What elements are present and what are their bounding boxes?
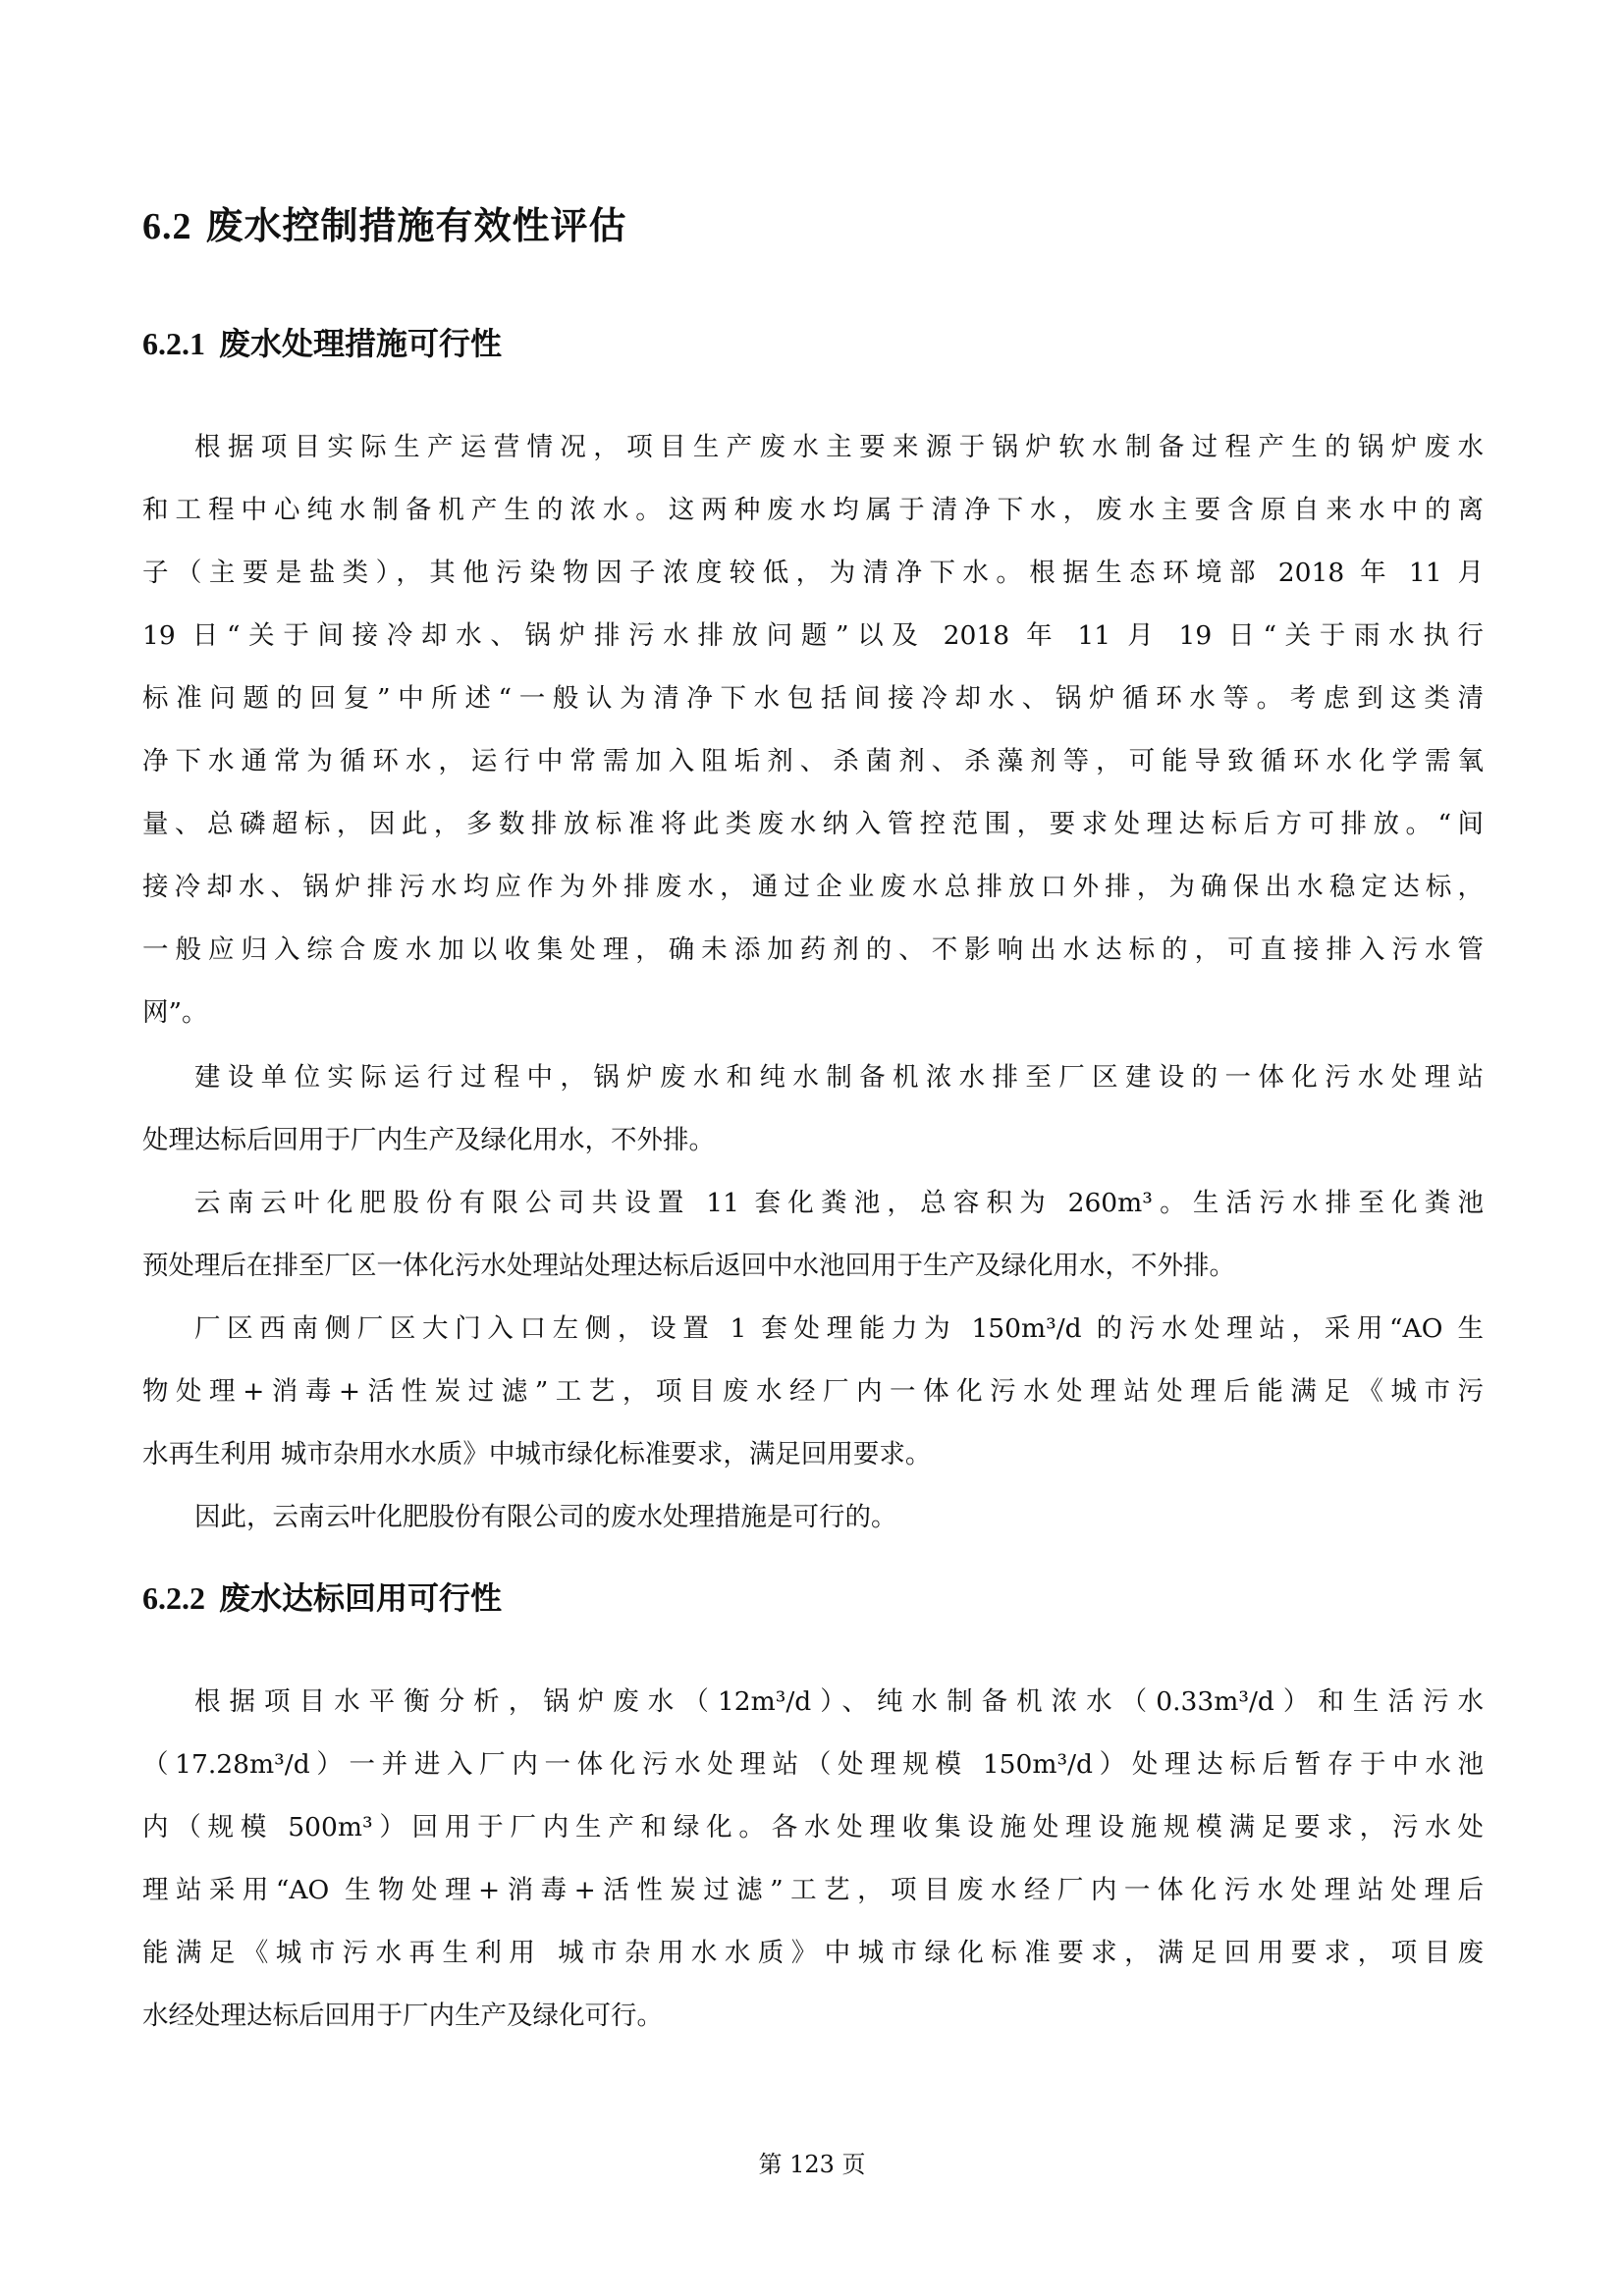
subsection-number: 6.2.1 [142,326,205,361]
section-title: 废水控制措施有效性评估 [206,203,627,247]
text-line: 网”。 [142,982,1484,1044]
text-line: 根据项目水平衡分析，锅炉废水（12m³/d）、纯水制备机浓水（0.33m³/d）… [142,1671,1484,1734]
text-line: 云南云叶化肥股份有限公司共设置 11 套化粪池，总容积为 260m³。生活污水排… [142,1172,1484,1235]
text-line: 量、总磷超标，因此，多数排放标准将此类废水纳入管控范围，要求处理达标后方可排放。… [142,793,1484,856]
text-line: 一般应归入综合废水加以收集处理，确未添加药剂的、不影响出水达标的，可直接排入污水… [142,919,1484,982]
text-line: 建设单位实际运行过程中，锅炉废水和纯水制备机浓水排至厂区建设的一体化污水处理站 [142,1046,1484,1109]
text-line: （17.28m³/d）一并进入厂内一体化污水处理站（处理规模 150m³/d）处… [142,1734,1484,1796]
text-line: 19 日“关于间接冷却水、锅炉排污水排放问题”以及 2018 年 11 月 19… [142,605,1484,667]
text-line: 水再生利用 城市杂用水水质》中城市绿化标准要求，满足回用要求。 [142,1423,1484,1486]
paragraph-wastewater-sources: 根据项目实际生产运营情况，项目生产废水主要来源于锅炉软水制备过程产生的锅炉废水 … [142,416,1484,1044]
text-line: 子（主要是盐类），其他污染物因子浓度较低，为清净下水。根据生态环境部 2018 … [142,542,1484,605]
section-number: 6.2 [142,206,192,247]
text-line: 和工程中心纯水制备机产生的浓水。这两种废水均属于清净下水，废水主要含原自来水中的… [142,479,1484,542]
text-line: 净下水通常为循环水，运行中常需加入阻垢剂、杀菌剂、杀藻剂等，可能导致循环水化学需… [142,730,1484,793]
text-line: 内（规模 500m³）回用于厂内生产和绿化。各水处理收集设施处理设施规模满足要求… [142,1796,1484,1859]
subsection-title: 废水达标回用可行性 [219,1579,502,1617]
subsection-heading-6-2-1: 6.2.1废水处理措施可行性 [142,322,502,365]
subsection-title: 废水处理措施可行性 [219,325,502,362]
text-line: 根据项目实际生产运营情况，项目生产废水主要来源于锅炉软水制备过程产生的锅炉废水 [142,416,1484,479]
text-line: 处理达标后回用于厂内生产及绿化用水，不外排。 [142,1109,1484,1172]
text-line: 接冷却水、锅炉排污水均应作为外排废水，通过企业废水总排放口外排，为确保出水稳定达… [142,856,1484,919]
paragraph-septic-tanks: 云南云叶化肥股份有限公司共设置 11 套化粪池，总容积为 260m³。生活污水排… [142,1172,1484,1298]
section-heading: 6.2废水控制措施有效性评估 [142,201,627,251]
text-line: 预处理后在排至厂区一体化污水处理站处理达标后返回中水池回用于生产及绿化用水，不外… [142,1235,1484,1298]
subsection-number: 6.2.2 [142,1580,205,1616]
text-line: 理站采用“AO 生物处理+消毒+活性炭过滤”工艺，项目废水经厂内一体化污水处理站… [142,1859,1484,1922]
page-number: 第 123 页 [0,2150,1624,2179]
document-page: 6.2废水控制措施有效性评估 6.2.1废水处理措施可行性 根据项目实际生产运营… [0,0,1624,2296]
paragraph-treatment-station: 厂区西南侧厂区大门入口左侧，设置 1 套处理能力为 150m³/d 的污水处理站… [142,1298,1484,1486]
paragraph-water-balance: 根据项目水平衡分析，锅炉废水（12m³/d）、纯水制备机浓水（0.33m³/d）… [142,1671,1484,2048]
text-line: 厂区西南侧厂区大门入口左侧，设置 1 套处理能力为 150m³/d 的污水处理站… [142,1298,1484,1361]
subsection-heading-6-2-2: 6.2.2废水达标回用可行性 [142,1576,502,1620]
paragraph-conclusion: 因此，云南云叶化肥股份有限公司的废水处理措施是可行的。 [142,1486,1484,1549]
paragraph-construction-unit: 建设单位实际运行过程中，锅炉废水和纯水制备机浓水排至厂区建设的一体化污水处理站 … [142,1046,1484,1172]
text-line: 标准问题的回复”中所述“一般认为清净下水包括间接冷却水、锅炉循环水等。考虑到这类… [142,667,1484,730]
text-line: 物处理+消毒+活性炭过滤”工艺，项目废水经厂内一体化污水处理站处理后能满足《城市… [142,1361,1484,1423]
text-line: 因此，云南云叶化肥股份有限公司的废水处理措施是可行的。 [142,1486,1484,1549]
text-line: 水经处理达标后回用于厂内生产及绿化可行。 [142,1985,1484,2048]
text-line: 能满足《城市污水再生利用 城市杂用水水质》中城市绿化标准要求，满足回用要求，项目… [142,1922,1484,1985]
